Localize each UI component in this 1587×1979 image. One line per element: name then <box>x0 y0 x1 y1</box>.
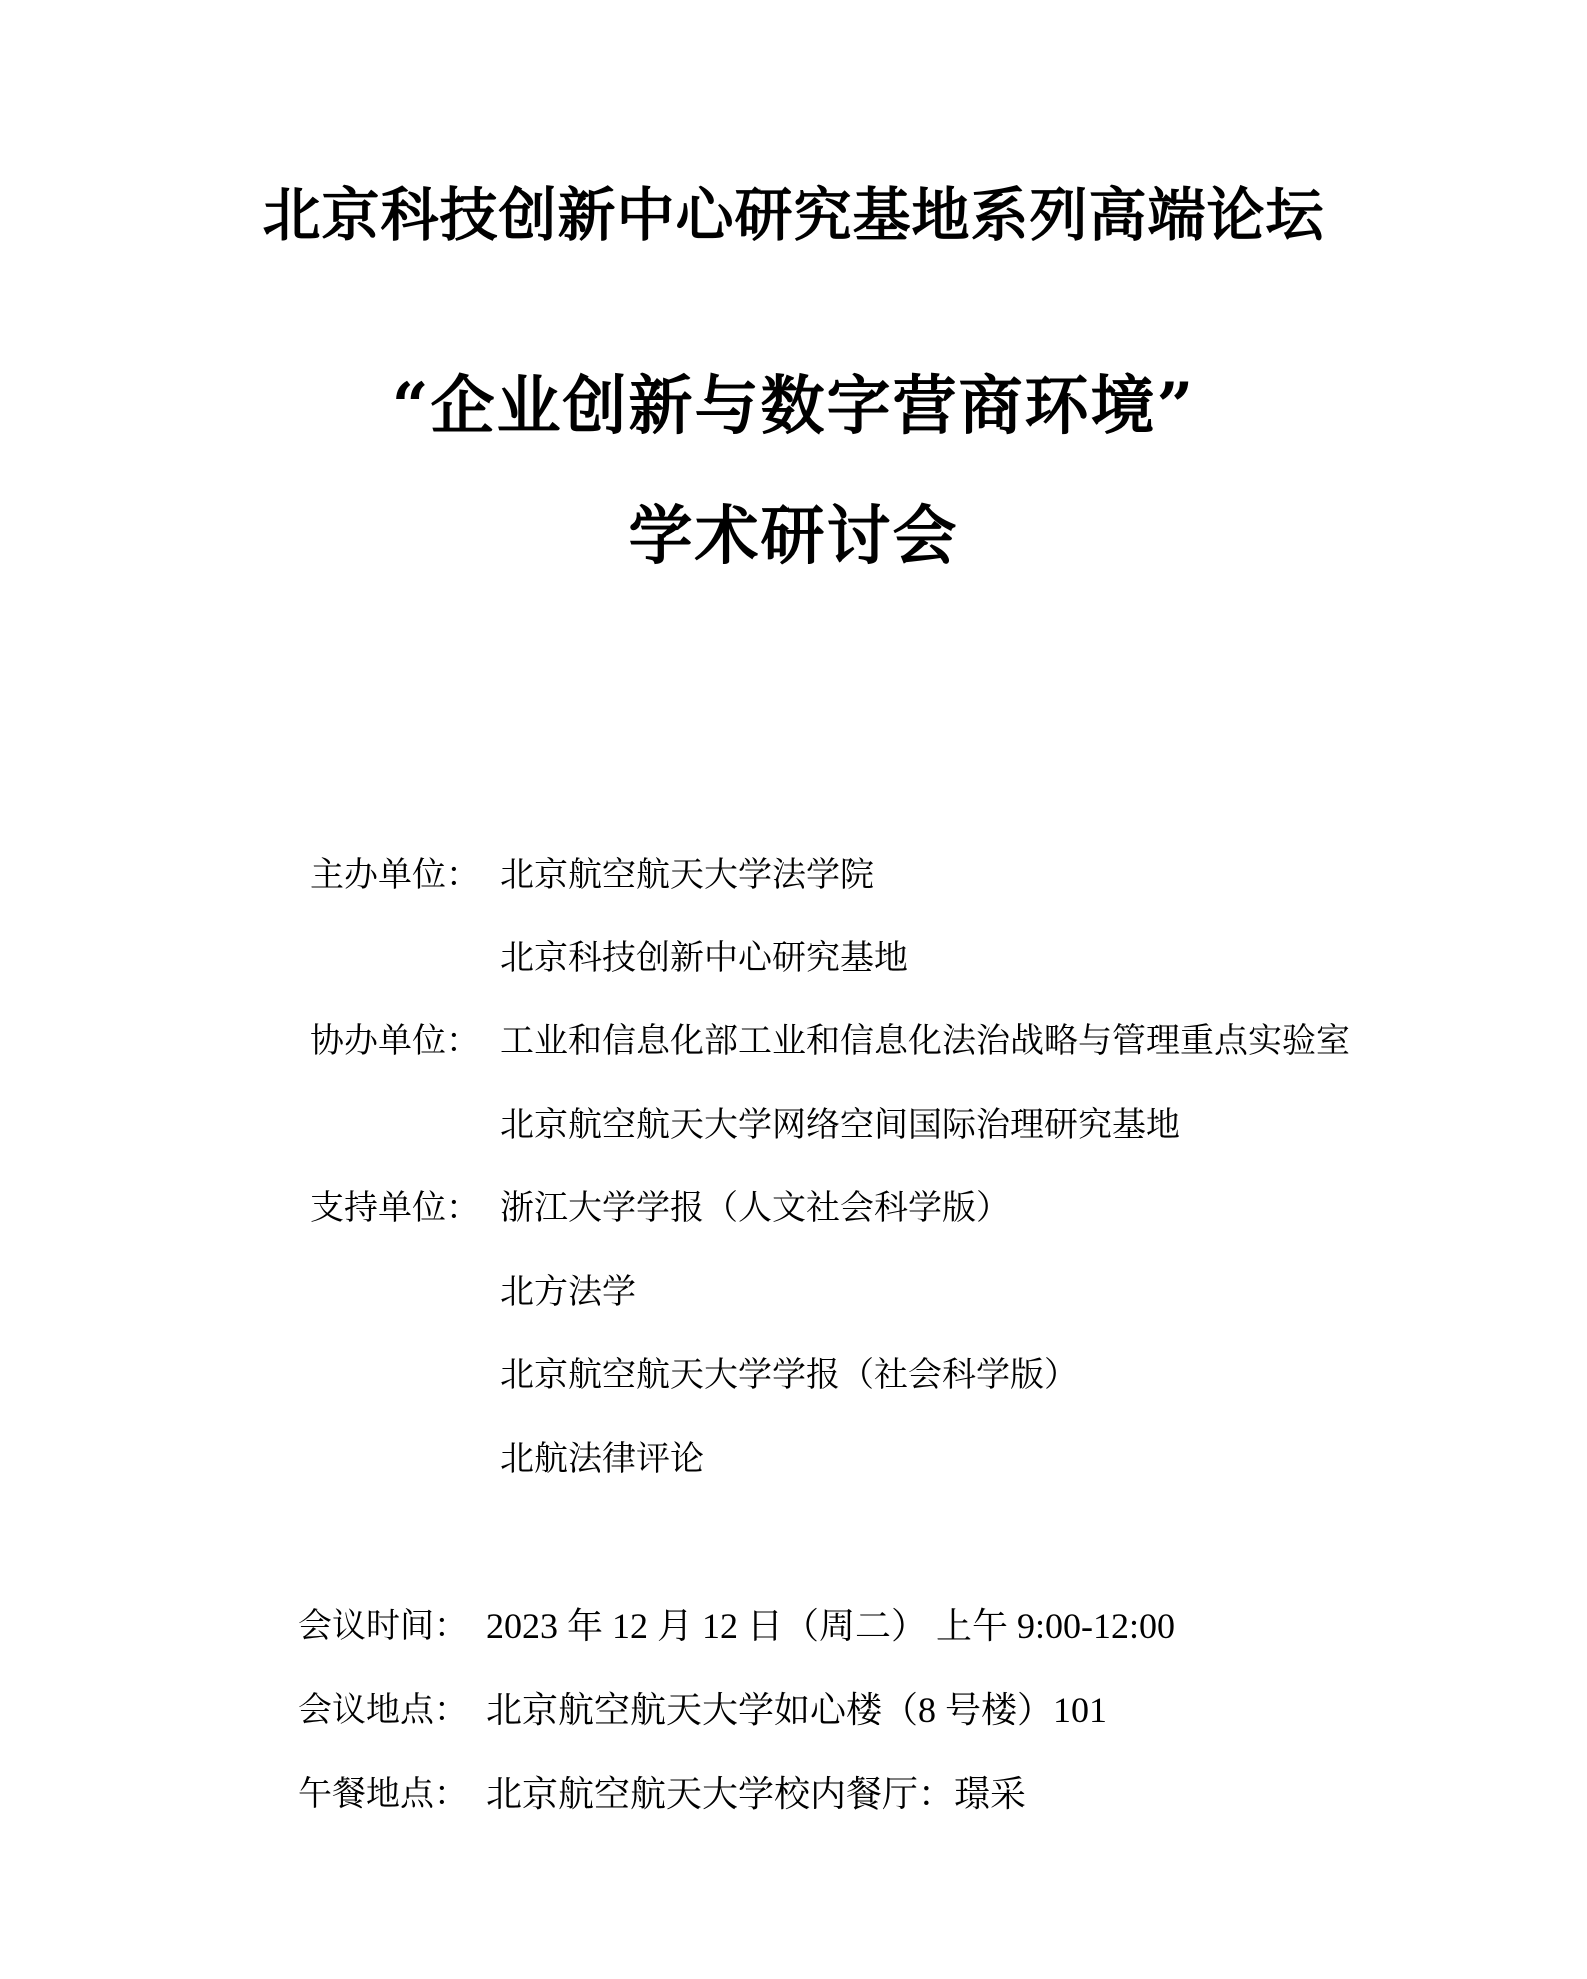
host-item: 北京科技创新中心研究基地 <box>500 938 908 978</box>
co-host-label: 协办单位： <box>310 1021 480 1061</box>
supporter-item: 北方法学 <box>500 1272 636 1312</box>
supporter-item: 北航法律评论 <box>500 1439 704 1479</box>
supporter-item: 北京航空航天大学学报（社会科学版） <box>500 1355 1078 1395</box>
meeting-venue-value: 北京航空航天大学如心楼（8 号楼）101 <box>486 1690 1107 1730</box>
supporter-item: 浙江大学学报（人文社会科学版） <box>500 1188 1010 1228</box>
host-item: 北京航空航天大学法学院 <box>500 855 874 895</box>
event-subtitle: 学术研讨会 <box>0 485 1587 577</box>
meeting-venue-label: 会议地点： <box>298 1690 468 1730</box>
lunch-venue-value: 北京航空航天大学校内餐厅：璟采 <box>486 1774 1026 1814</box>
supporters-label: 支持单位： <box>310 1188 480 1228</box>
co-host-item: 北京航空航天大学网络空间国际治理研究基地 <box>500 1105 1180 1145</box>
series-title: 北京科技创新中心研究基地系列高端论坛 <box>0 168 1587 252</box>
host-label: 主办单位： <box>310 855 480 895</box>
meeting-time-value: 2023 年 12 月 12 日（周二） 上午 9:00-12:00 <box>486 1606 1175 1646</box>
co-host-item: 工业和信息化部工业和信息化法治战略与管理重点实验室 <box>500 1021 1350 1061</box>
lunch-venue-label: 午餐地点： <box>298 1774 468 1814</box>
event-title: “企业创新与数字营商环境” <box>0 355 1587 447</box>
meeting-time-label: 会议时间： <box>298 1606 468 1646</box>
